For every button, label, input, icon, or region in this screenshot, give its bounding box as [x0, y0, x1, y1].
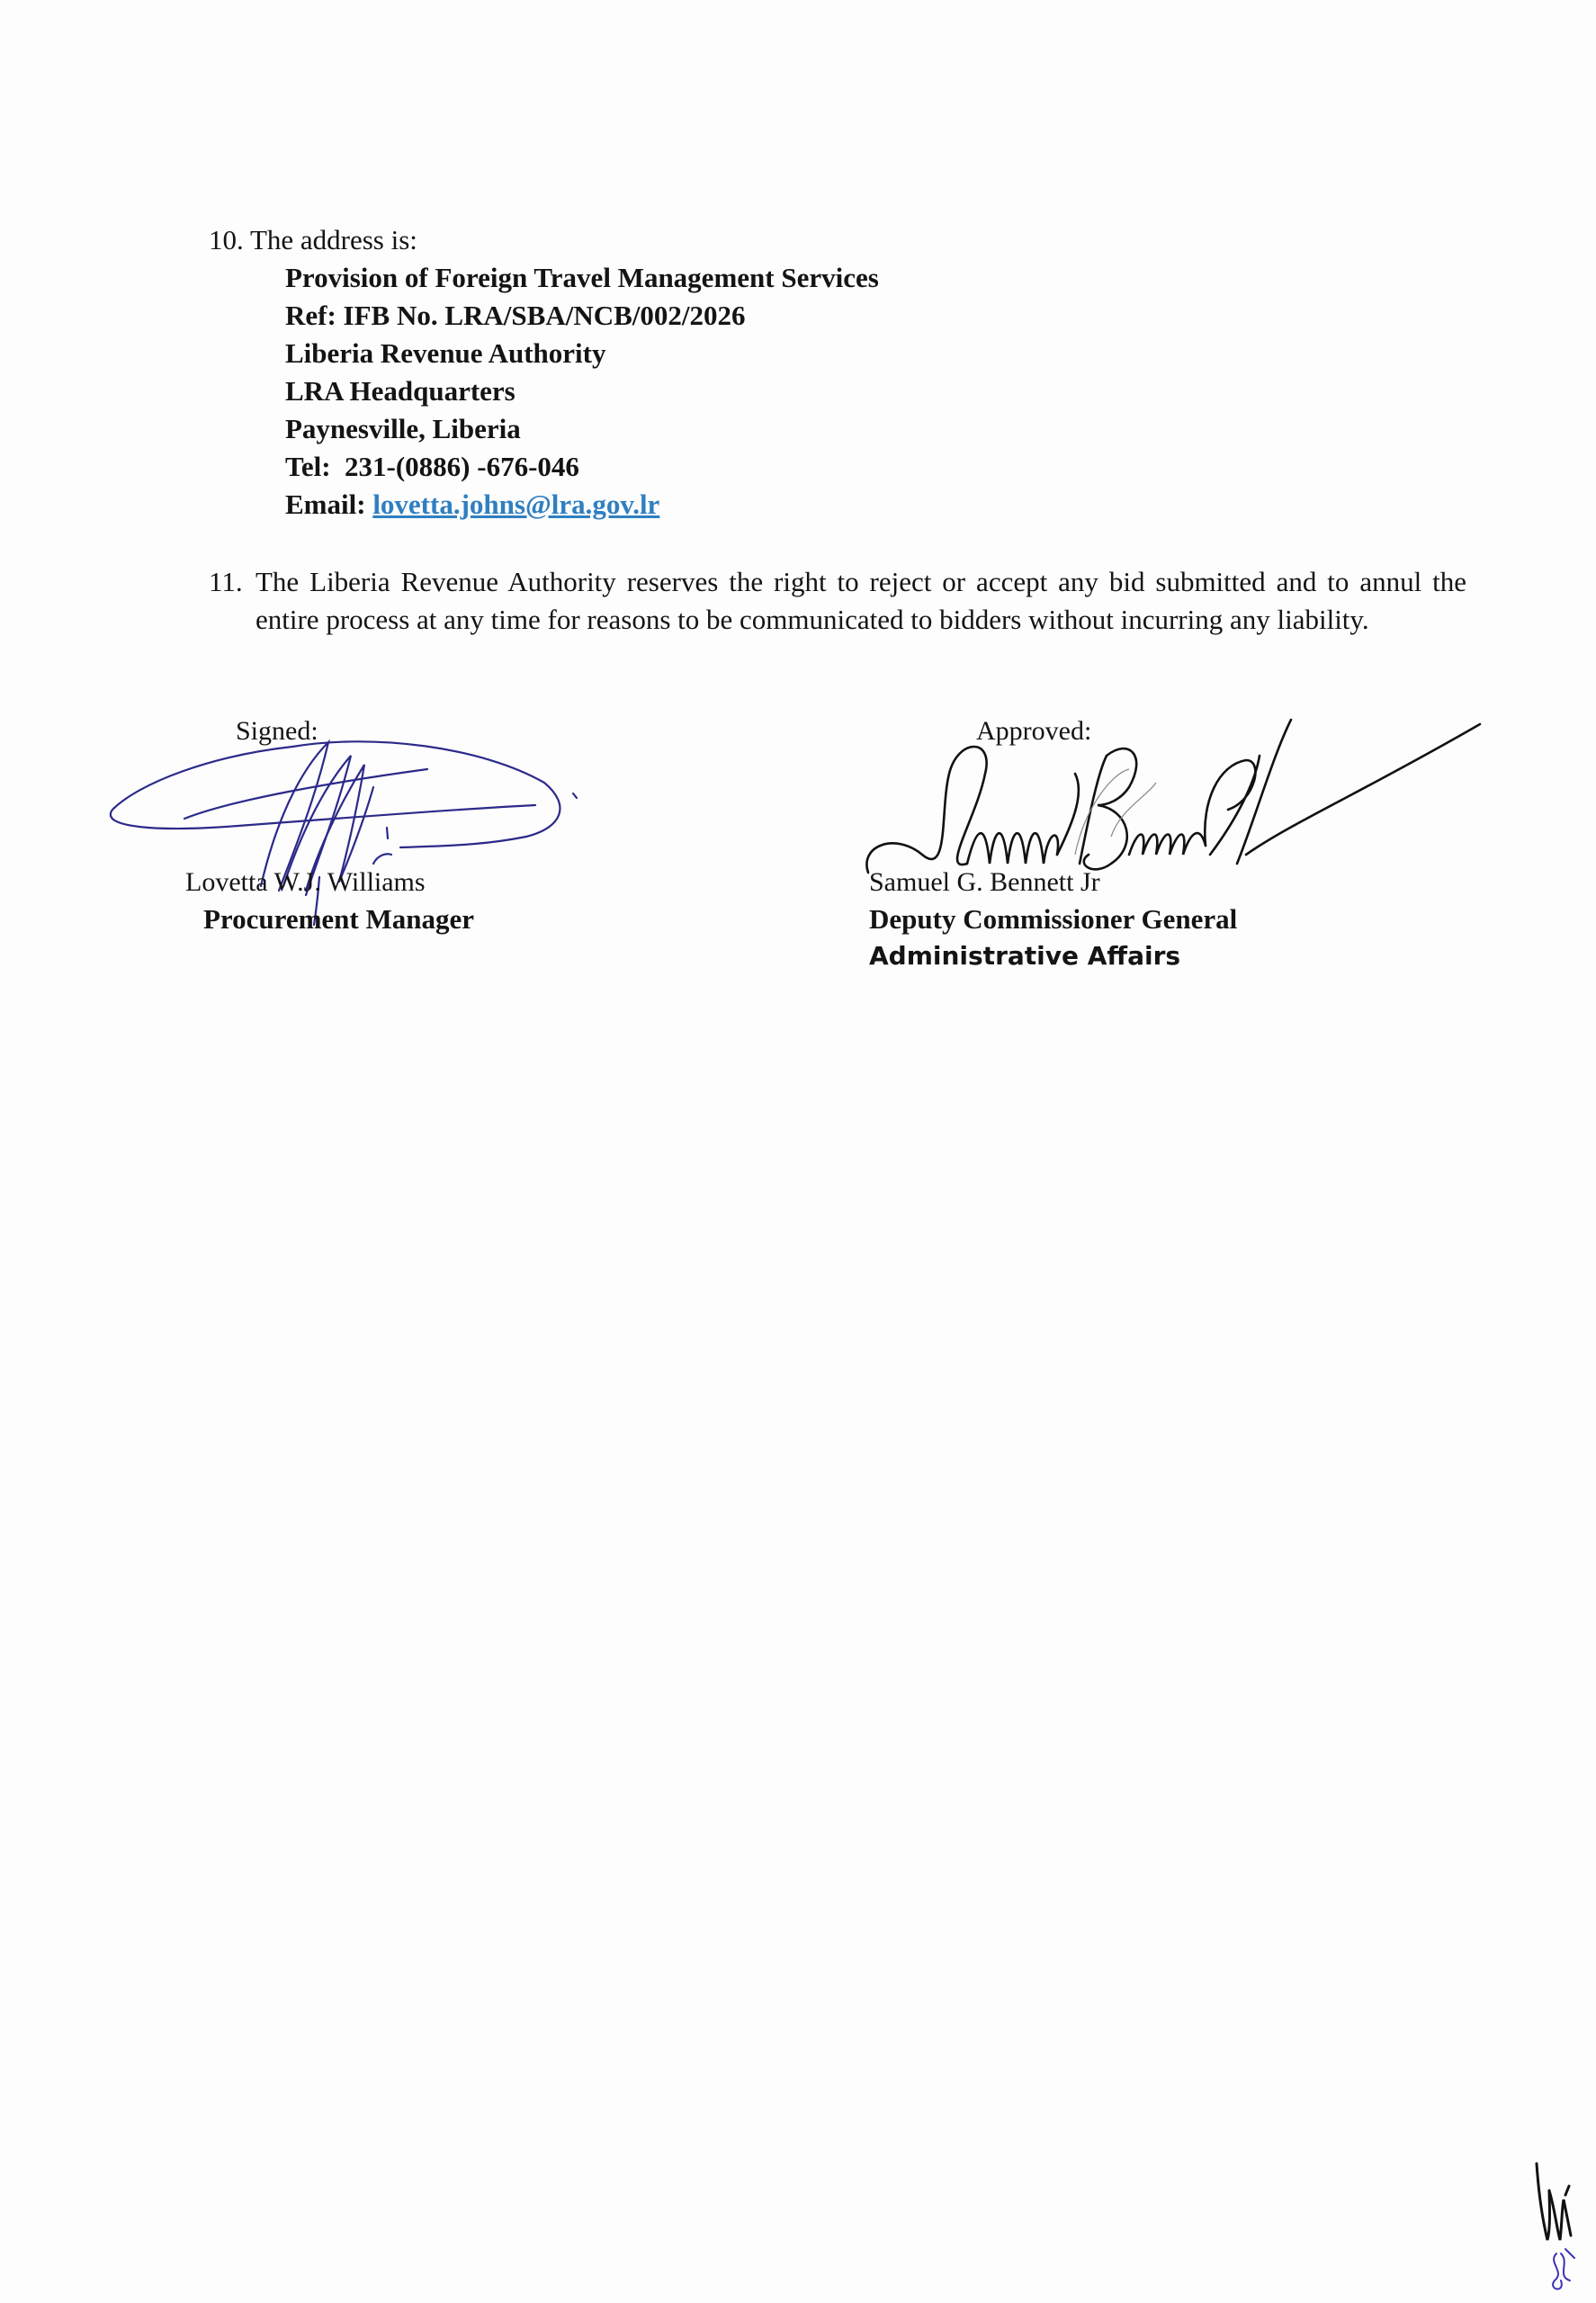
address-line: Provision of Foreign Travel Management S… — [285, 259, 879, 297]
signature-bennett-icon — [859, 720, 1489, 891]
email-label: Email: — [285, 488, 366, 520]
approver-name: Samuel G. Bennett Jr — [869, 867, 1100, 898]
approver-department: Administrative Affairs — [869, 941, 1180, 971]
email-line: Email: lovetta.johns@lra.gov.lr — [285, 486, 879, 524]
item-10-heading: 10. The address is: — [209, 221, 417, 259]
address-line: Tel: 231-(0886) -676-046 — [285, 448, 879, 486]
address-line: Paynesville, Liberia — [285, 410, 879, 448]
address-line: Liberia Revenue Authority — [285, 335, 879, 372]
initials-icon — [1529, 2155, 1592, 2299]
item-number: 10. — [209, 224, 244, 255]
approver-title: Deputy Commissioner General — [869, 903, 1237, 936]
item-number: 11. — [209, 563, 243, 601]
email-link[interactable]: lovetta.johns@lra.gov.lr — [372, 488, 659, 520]
signer-name: Lovetta W.J. Williams — [185, 867, 426, 898]
address-line: Ref: IFB No. LRA/SBA/NCB/002/2026 — [285, 297, 879, 335]
item-11-paragraph: 11. The Liberia Revenue Authority reserv… — [209, 563, 1466, 639]
document-page: 10. The address is: Provision of Foreign… — [0, 0, 1596, 2303]
item-11-text: The Liberia Revenue Authority reserves t… — [256, 563, 1466, 639]
signer-title: Procurement Manager — [203, 903, 474, 936]
item-intro: The address is: — [250, 224, 417, 255]
address-block: Provision of Foreign Travel Management S… — [285, 259, 879, 524]
address-line: LRA Headquarters — [285, 372, 879, 410]
